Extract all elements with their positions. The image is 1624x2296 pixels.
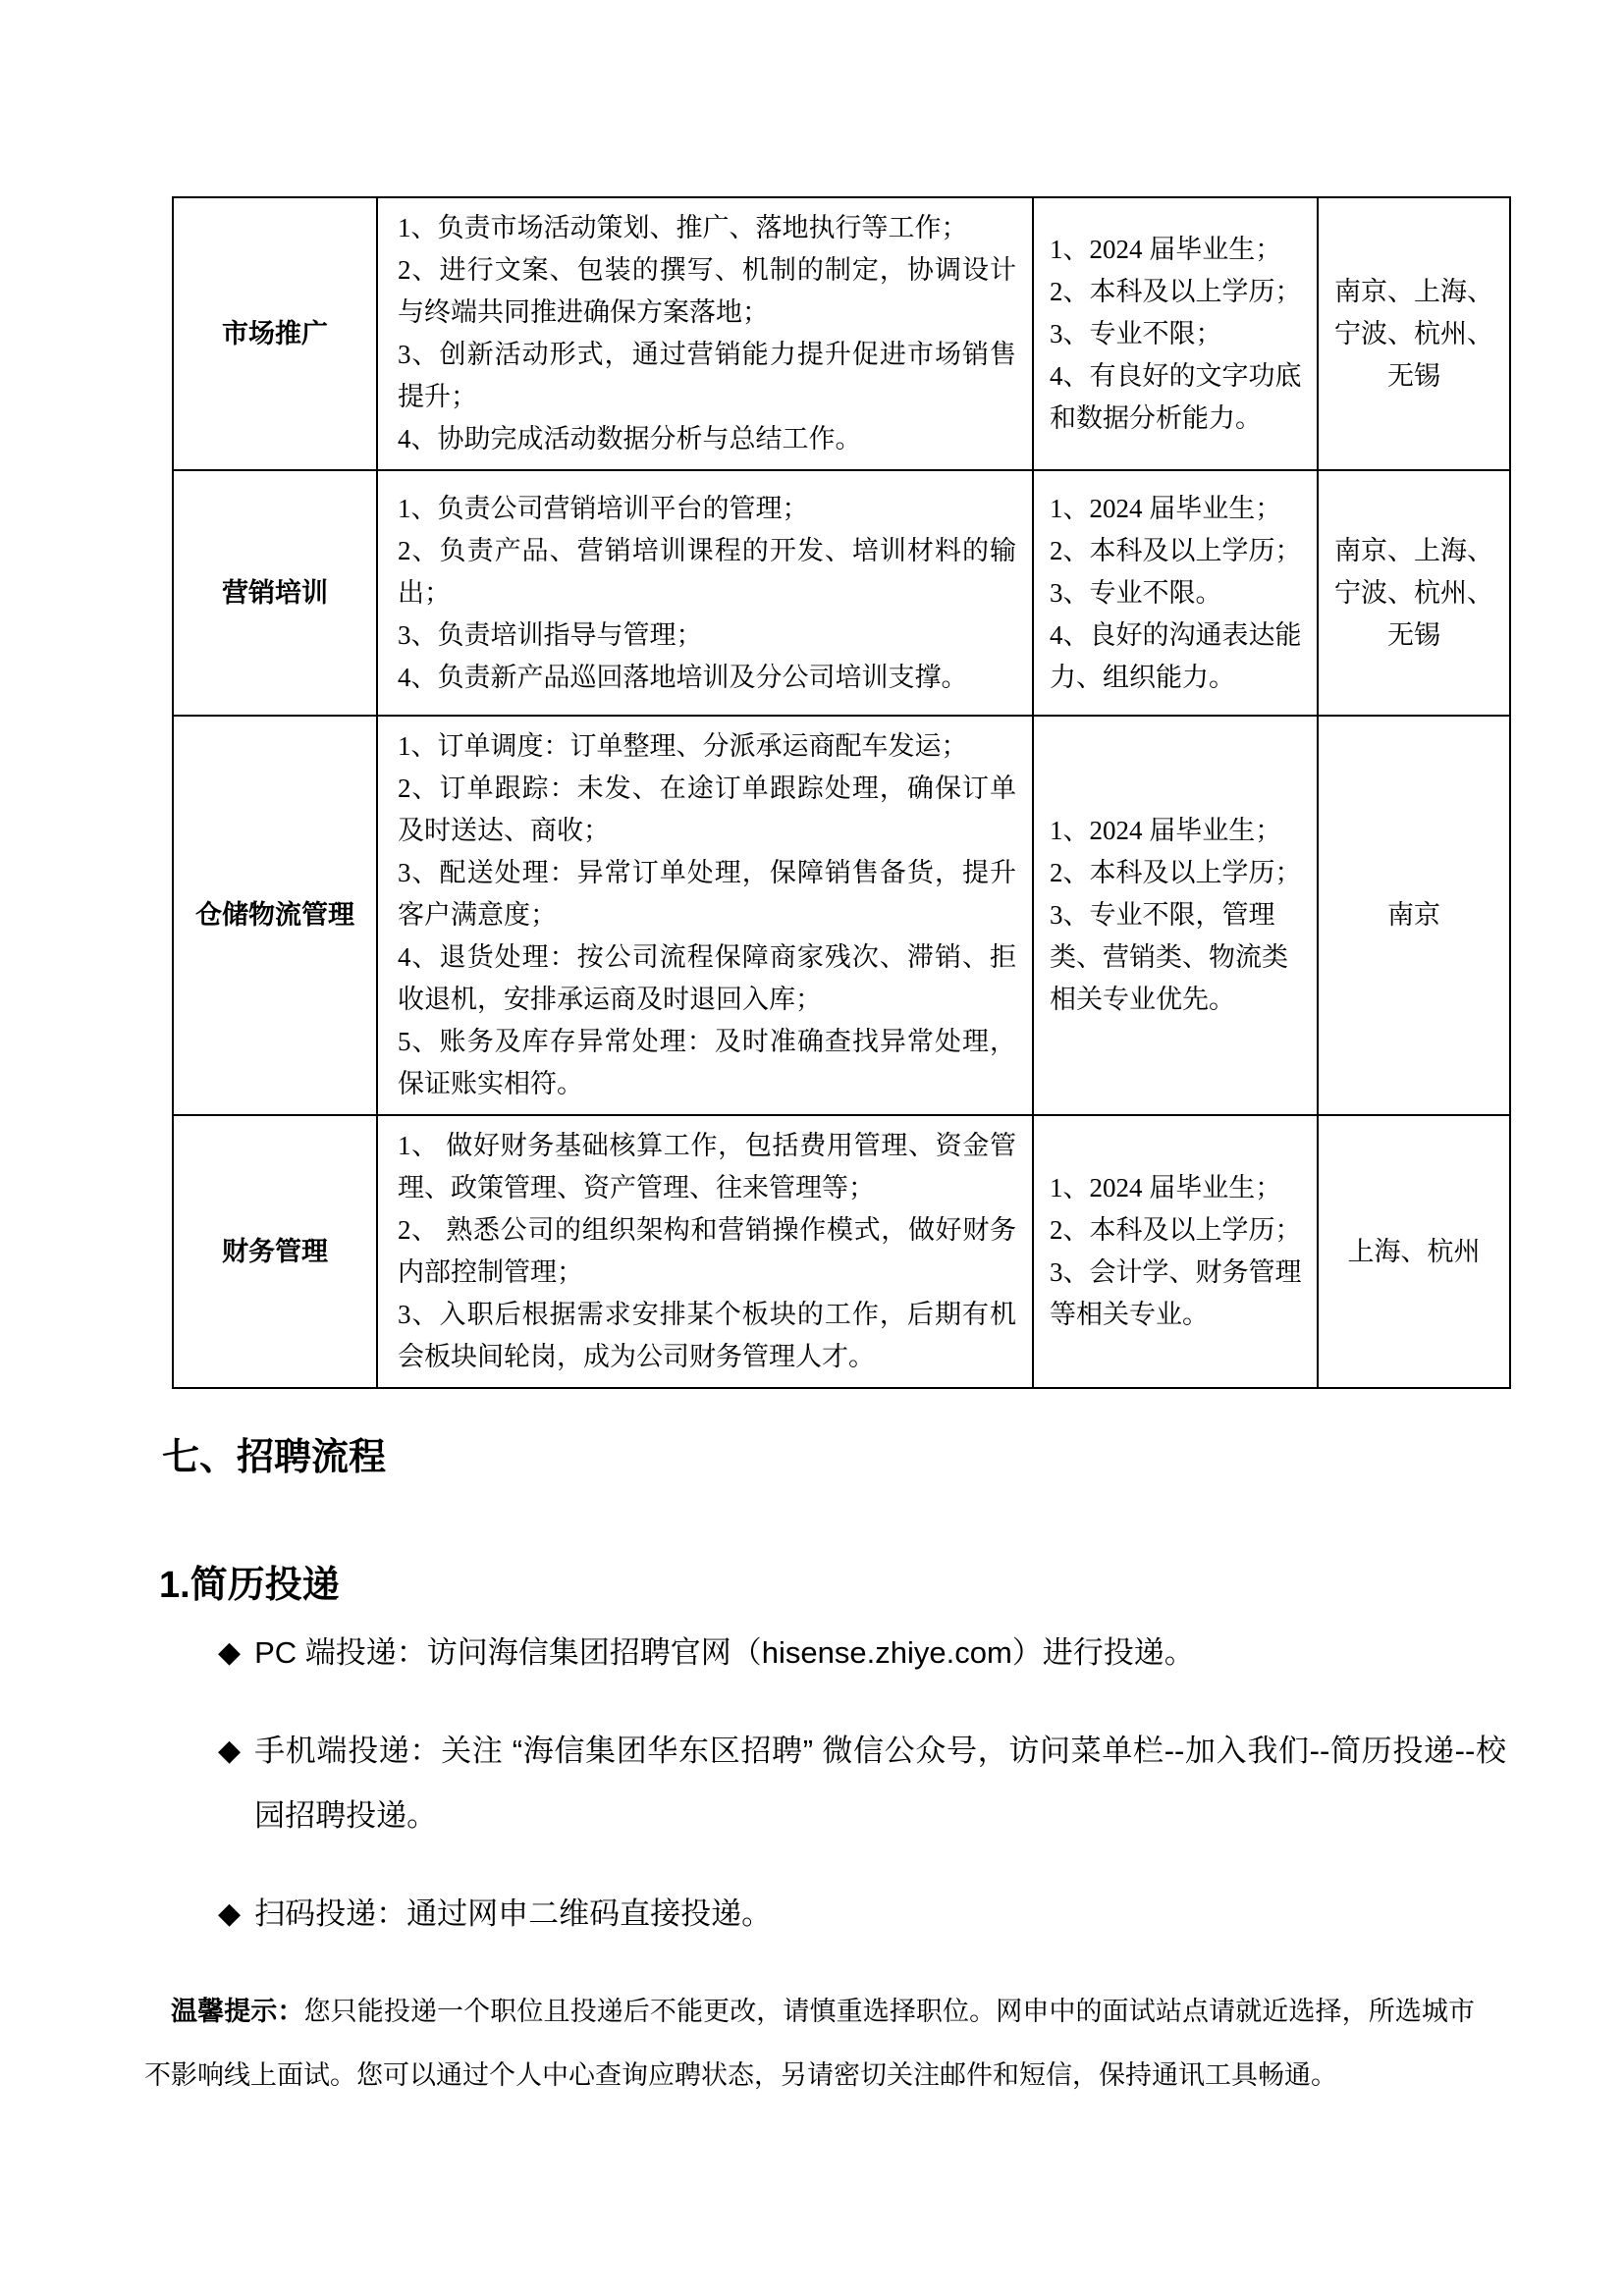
position-cell: 市场推广: [173, 197, 377, 470]
duty-item: 3、入职后根据需求安排某个板块的工作，后期有机会板块间轮岗，成为公司财务管理人才…: [398, 1294, 1016, 1378]
diamond-bullet-icon: ◆: [218, 1882, 241, 1947]
section-heading-recruit-process: 七、招聘流程: [162, 1436, 1624, 1479]
duties-cell: 1、 做好财务基础核算工作，包括费用管理、资金管理、政策管理、资产管理、往来管理…: [377, 1115, 1033, 1388]
position-label: 市场推广: [222, 319, 328, 348]
location-cell: 南京、上海、宁波、杭州、无锡: [1318, 197, 1510, 470]
duty-item: 1、负责公司营销培训平台的管理；: [398, 488, 1016, 530]
job-positions-table: 市场推广 1、负责市场活动策划、推广、落地执行等工作； 2、进行文案、包装的撰写…: [172, 196, 1511, 1389]
table-row: 仓储物流管理 1、订单调度：订单整理、分派承运商配车发运； 2、订单跟踪：未发、…: [173, 716, 1510, 1115]
list-item-pc-submission: ◆ PC 端投递：访问海信集团招聘官网（hisense.zhiye.com）进行…: [218, 1621, 1506, 1685]
requirement-item: 4、良好的沟通表达能力、组织能力。: [1050, 614, 1307, 699]
bullet-text: PC 端投递：访问海信集团招聘官网（hisense.zhiye.com）进行投递…: [254, 1621, 1195, 1685]
requirement-item: 2、本科及以上学历；: [1050, 852, 1307, 894]
bullet-text: 扫码投递：通过网申二维码直接投递。: [254, 1882, 772, 1947]
requirement-item: 4、有良好的文字功底和数据分析能力。: [1050, 355, 1307, 440]
requirement-item: 2、本科及以上学历；: [1050, 1209, 1307, 1252]
list-item-mobile-submission: ◆ 手机端投递：关注 “海信集团华东区招聘” 微信公众号，访问菜单栏--加入我们…: [218, 1719, 1506, 1848]
warm-tip-label: 温馨提示：: [171, 1997, 304, 2026]
requirement-item: 2、本科及以上学历；: [1050, 271, 1307, 313]
duty-item: 4、退货处理：按公司流程保障商家残次、滞销、拒收退机，安排承运商及时退回入库；: [398, 936, 1016, 1021]
requirements-cell: 1、2024 届毕业生； 2、本科及以上学历； 3、专业不限； 4、有良好的文字…: [1033, 197, 1318, 470]
duty-item: 4、协助完成活动数据分析与总结工作。: [398, 418, 1016, 460]
duties-cell: 1、订单调度：订单整理、分派承运商配车发运； 2、订单跟踪：未发、在途订单跟踪处…: [377, 716, 1033, 1115]
subheading-resume-submission: 1.简历投递: [159, 1564, 1624, 1607]
diamond-bullet-icon: ◆: [218, 1621, 241, 1685]
requirement-item: 1、2024 届毕业生；: [1050, 488, 1307, 530]
requirement-item: 3、专业不限。: [1050, 572, 1307, 614]
requirement-item: 1、2024 届毕业生；: [1050, 229, 1307, 271]
requirement-item: 1、2024 届毕业生；: [1050, 1167, 1307, 1209]
warm-tip-paragraph: 温馨提示：您只能投递一个职位且投递后不能更改，请慎重选择职位。网申中的面试站点请…: [144, 1980, 1475, 2108]
position-cell: 财务管理: [173, 1115, 377, 1388]
location-cell: 南京、上海、宁波、杭州、无锡: [1318, 470, 1510, 716]
position-label: 财务管理: [222, 1237, 328, 1266]
table-row: 营销培训 1、负责公司营销培训平台的管理； 2、负责产品、营销培训课程的开发、培…: [173, 470, 1510, 716]
list-item-qrcode-submission: ◆ 扫码投递：通过网申二维码直接投递。: [218, 1882, 1506, 1947]
duty-item: 1、 做好财务基础核算工作，包括费用管理、资金管理、政策管理、资产管理、往来管理…: [398, 1125, 1016, 1209]
table-row: 市场推广 1、负责市场活动策划、推广、落地执行等工作； 2、进行文案、包装的撰写…: [173, 197, 1510, 470]
duties-cell: 1、负责市场活动策划、推广、落地执行等工作； 2、进行文案、包装的撰写、机制的制…: [377, 197, 1033, 470]
requirements-cell: 1、2024 届毕业生； 2、本科及以上学历； 3、会计学、财务管理等相关专业。: [1033, 1115, 1318, 1388]
duty-item: 1、负责市场活动策划、推广、落地执行等工作；: [398, 207, 1016, 249]
bullet-text: 手机端投递：关注 “海信集团华东区招聘” 微信公众号，访问菜单栏--加入我们--…: [254, 1719, 1506, 1848]
position-label: 营销培训: [222, 578, 328, 608]
requirements-cell: 1、2024 届毕业生； 2、本科及以上学历； 3、专业不限。 4、良好的沟通表…: [1033, 470, 1318, 716]
position-cell: 仓储物流管理: [173, 716, 377, 1115]
location-label: 南京、上海、宁波、杭州、无锡: [1334, 536, 1493, 650]
duty-item: 3、负责培训指导与管理；: [398, 614, 1016, 657]
requirement-item: 3、专业不限，管理类、营销类、物流类相关专业优先。: [1050, 894, 1307, 1021]
duty-item: 2、负责产品、营销培训课程的开发、培训材料的输出；: [398, 530, 1016, 614]
requirement-item: 2、本科及以上学历；: [1050, 530, 1307, 572]
requirement-item: 3、会计学、财务管理等相关专业。: [1050, 1252, 1307, 1336]
location-label: 南京、上海、宁波、杭州、无锡: [1334, 277, 1493, 391]
diamond-bullet-icon: ◆: [218, 1719, 241, 1784]
location-label: 上海、杭州: [1348, 1237, 1481, 1266]
duty-item: 3、创新活动形式，通过营销能力提升促进市场销售提升；: [398, 334, 1016, 418]
location-cell: 上海、杭州: [1318, 1115, 1510, 1388]
duty-item: 2、订单跟踪：未发、在途订单跟踪处理，确保订单及时送达、商收；: [398, 768, 1016, 852]
duty-item: 2、 熟悉公司的组织架构和营销操作模式，做好财务内部控制管理；: [398, 1209, 1016, 1294]
duty-item: 3、配送处理：异常订单处理，保障销售备货，提升客户满意度；: [398, 852, 1016, 936]
position-label: 仓储物流管理: [195, 900, 354, 930]
duty-item: 2、进行文案、包装的撰写、机制的制定，协调设计与终端共同推进确保方案落地；: [398, 249, 1016, 334]
requirement-item: 3、专业不限；: [1050, 313, 1307, 355]
duties-cell: 1、负责公司营销培训平台的管理； 2、负责产品、营销培训课程的开发、培训材料的输…: [377, 470, 1033, 716]
duty-item: 4、负责新产品巡回落地培训及分公司培训支撑。: [398, 657, 1016, 699]
duty-item: 1、订单调度：订单整理、分派承运商配车发运；: [398, 725, 1016, 768]
requirement-item: 1、2024 届毕业生；: [1050, 810, 1307, 852]
submission-methods-list: ◆ PC 端投递：访问海信集团招聘官网（hisense.zhiye.com）进行…: [218, 1621, 1506, 1947]
duty-item: 5、账务及库存异常处理：及时准确查找异常处理，保证账实相符。: [398, 1021, 1016, 1105]
location-label: 南京: [1387, 900, 1440, 930]
warm-tip-text: 您只能投递一个职位且投递后不能更改，请慎重选择职位。网申中的面试站点请就近选择，…: [144, 1997, 1475, 2090]
position-cell: 营销培训: [173, 470, 377, 716]
requirements-cell: 1、2024 届毕业生； 2、本科及以上学历； 3、专业不限，管理类、营销类、物…: [1033, 716, 1318, 1115]
location-cell: 南京: [1318, 716, 1510, 1115]
table-row: 财务管理 1、 做好财务基础核算工作，包括费用管理、资金管理、政策管理、资产管理…: [173, 1115, 1510, 1388]
